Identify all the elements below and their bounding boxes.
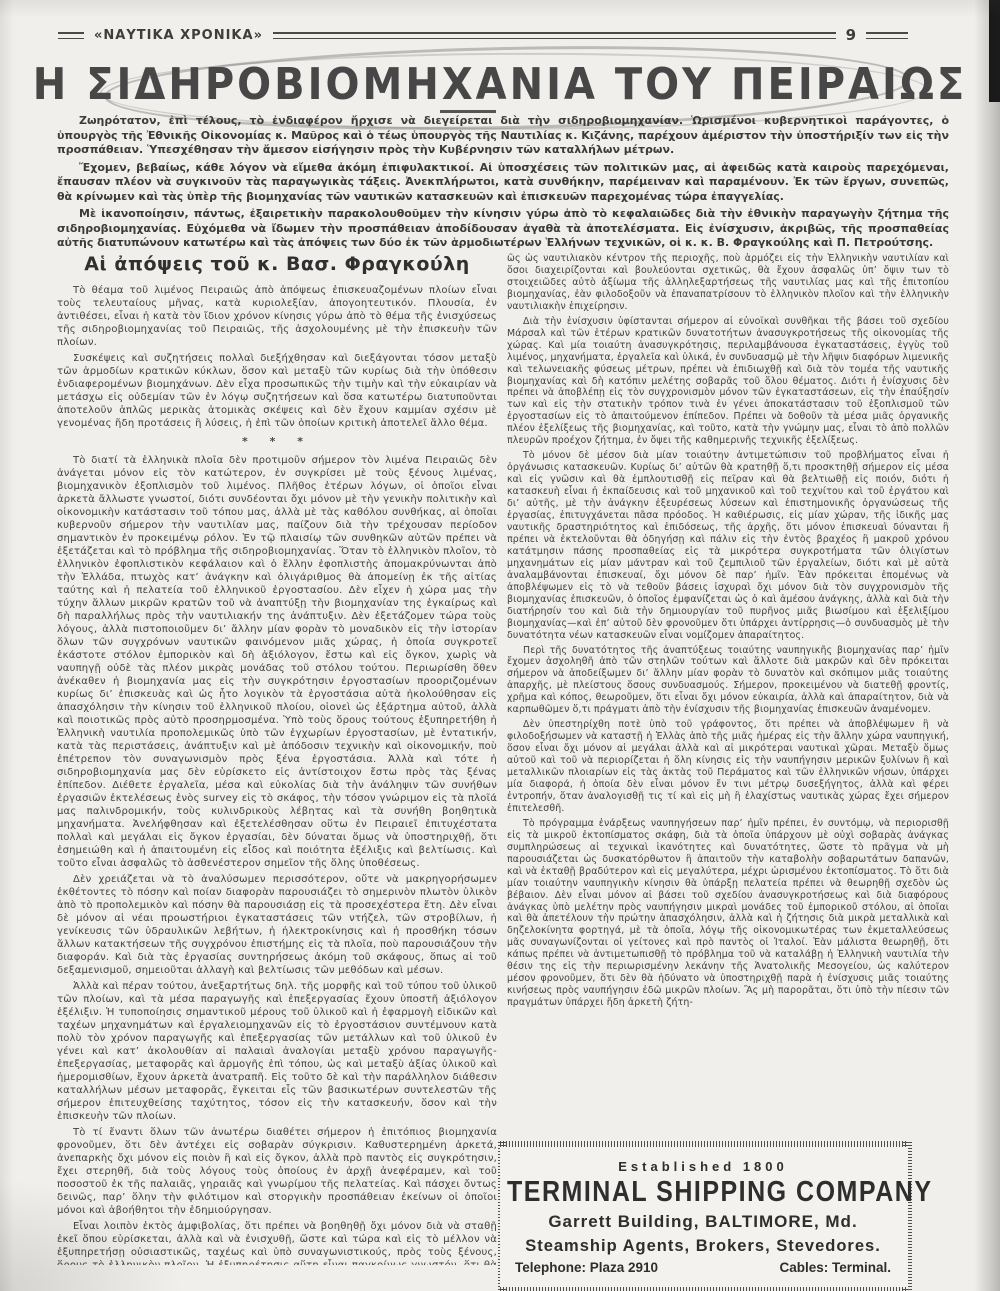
right-column-paragraph: Τὸ μόνον δὲ μέσον διὰ μίαν τοιαύτην ἀντι… (507, 450, 949, 641)
header-rule-left (58, 32, 84, 39)
right-column-paragraph: Περὶ τῆς δυνατότητος τῆς ἀναπτύξεως τοια… (507, 645, 949, 717)
ad-contact-row: Telephone: Plaza 2910 Cables: Terminal. (507, 1260, 899, 1275)
ad-company-name: TERMINAL SHIPPING COMPANY (507, 1176, 899, 1209)
right-column: ῶς ὡς ναυτιλιακὸν κέντρον τῆς περιοχῆς, … (507, 253, 949, 1145)
header-rule-right (866, 32, 908, 39)
intro-paragraph: Μὲ ἱκανοποίησιν, πάντως, ἐξαιρετικὴν παρ… (57, 207, 949, 251)
magazine-name: «ΝΑΥΤΙΚΑ ΧΡΟΝΙΚΑ» (94, 28, 263, 43)
ad-telephone: Telephone: Plaza 2910 (515, 1260, 658, 1275)
left-column-paragraph: Τὸ θέαμα τοῦ λιμένος Πειραιῶς ἀπὸ ἀπόψεω… (57, 284, 497, 349)
right-column-paragraph: Τὸ πρόγραμμα ἐνάρξεως ναυπηγήσεων παρ’ ἡ… (507, 818, 949, 1009)
left-column-paragraph: Τὸ διατί τὰ ἑλληνικὰ πλοῖα δὲν προτιμοῦν… (57, 454, 497, 870)
header-rule-long (273, 32, 836, 39)
left-column-paragraph: Ἀλλὰ καὶ πέραν τούτου, ἀνεξαρτήτως δηλ. … (57, 980, 497, 1123)
ad-services-line: Steamship Agents, Brokers, Stevedores. (507, 1237, 899, 1256)
left-column-paragraph: Συσκέψεις καὶ συζητήσεις πολλαὶ διεξήχθη… (57, 352, 497, 430)
terminal-shipping-advertisement: Established 1800 TERMINAL SHIPPING COMPA… (500, 1147, 908, 1287)
page-header: «ΝΑΥΤΙΚΑ ΧΡΟΝΙΚΑ» 9 (58, 26, 908, 44)
intro-paragraph: Ζωηρότατον, ἐπὶ τέλους, τὸ ἐνδιαφέρον ἤρ… (57, 114, 949, 158)
right-column-paragraph: Διὰ τὴν ἐνίσχυσιν ὑφίστανται σήμερον αἱ … (507, 316, 949, 447)
left-column-paragraph: Τὸ τί ἔναντι ὅλων τῶν ἀνωτέρω διαθέτει σ… (57, 1126, 497, 1217)
intro-paragraph: Ἔχομεν, βεβαίως, κάθε λόγον νὰ εἴμεθα ἀκ… (57, 161, 949, 205)
ad-established-line: Established 1800 (507, 1159, 899, 1174)
title-underline-rule (440, 110, 496, 113)
intro-block: Ζωηρότατον, ἐπὶ τέλους, τὸ ἐνδιαφέρον ἤρ… (57, 114, 949, 254)
page-number: 9 (846, 26, 856, 44)
asterisk-separator: * * * (57, 435, 497, 448)
article-columns: Αἱ ἀπόψεις τοῦ κ. Βασ. Φραγκούλη Τὸ θέαμ… (57, 253, 949, 1265)
right-column-paragraph: ῶς ὡς ναυτιλιακὸν κέντρον τῆς περιοχῆς, … (507, 253, 949, 313)
scanned-magazine-page: «ΝΑΥΤΙΚΑ ΧΡΟΝΙΚΑ» 9 Η ΣΙΔΗΡΟΒΙΟΜΗΧΑΝΙΑ Τ… (0, 0, 1000, 1291)
ad-cables: Cables: Terminal. (779, 1260, 891, 1275)
left-column-paragraph: Δὲν χρειάζεται νὰ τὸ ἀναλύσωμεν περισσότ… (57, 873, 497, 977)
section-heading: Αἱ ἀπόψεις τοῦ κ. Βασ. Φραγκούλη (57, 253, 497, 275)
ad-address-line: Garrett Building, BALTIMORE, Md. (507, 1212, 899, 1232)
left-column: Αἱ ἀπόψεις τοῦ κ. Βασ. Φραγκούλη Τὸ θέαμ… (57, 253, 497, 1265)
right-column-paragraph: Δὲν ὑπεστηρίχθη ποτὲ ὑπὸ τοῦ γράφοντος, … (507, 719, 949, 815)
article-title: Η ΣΙΔΗΡΟΒΙΟΜΗΧΑΝΙΑ ΤΟΥ ΠΕΙΡΑΙΩΣ (0, 60, 1000, 110)
left-column-paragraph: Εἶναι λοιπὸν ἐκτὸς ἀμφιβολίας, ὅτι πρέπε… (57, 1220, 497, 1265)
